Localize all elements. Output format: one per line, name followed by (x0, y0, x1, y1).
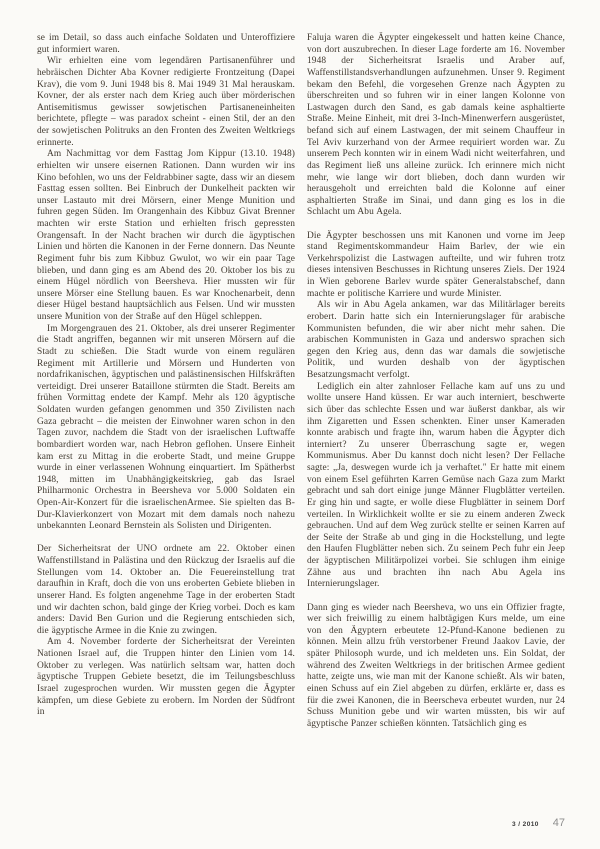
paragraph: se im Detail, so dass auch einfache Sold… (37, 33, 295, 56)
paragraph: Im Morgengrauen des 21. Oktober, als dre… (37, 324, 295, 533)
paragraph: Der Sicherheitsrat der UNO ordnete am 22… (37, 544, 295, 637)
page-footer: 3 / 2010 47 (512, 817, 565, 829)
issue-label: 3 / 2010 (512, 821, 539, 828)
paragraph: Wir erhielten eine vom legendären Partis… (37, 56, 295, 149)
paragraph: Die Ägypter beschossen uns mit Kanonen u… (307, 231, 565, 301)
right-column: Faluja waren die Ägypter eingekesselt un… (307, 33, 565, 730)
page-number: 47 (553, 817, 565, 829)
text-columns: se im Detail, so dass auch einfache Sold… (37, 33, 565, 730)
paragraph: Am Nachmittag vor dem Fasttag Jom Kippur… (37, 149, 295, 323)
paragraph: Als wir in Abu Agela ankamen, war das Mi… (307, 300, 565, 381)
paragraph: Am 4. November forderte der Sicherheitsr… (37, 637, 295, 718)
paragraph: Faluja waren die Ägypter eingekesselt un… (307, 33, 565, 219)
paragraph: Lediglich ein alter zahnloser Fellache k… (307, 382, 565, 591)
document-page: se im Detail, so dass auch einfache Sold… (0, 0, 600, 849)
left-column: se im Detail, so dass auch einfache Sold… (37, 33, 295, 730)
paragraph: Dann ging es wieder nach Beersheva, wo u… (307, 603, 565, 731)
